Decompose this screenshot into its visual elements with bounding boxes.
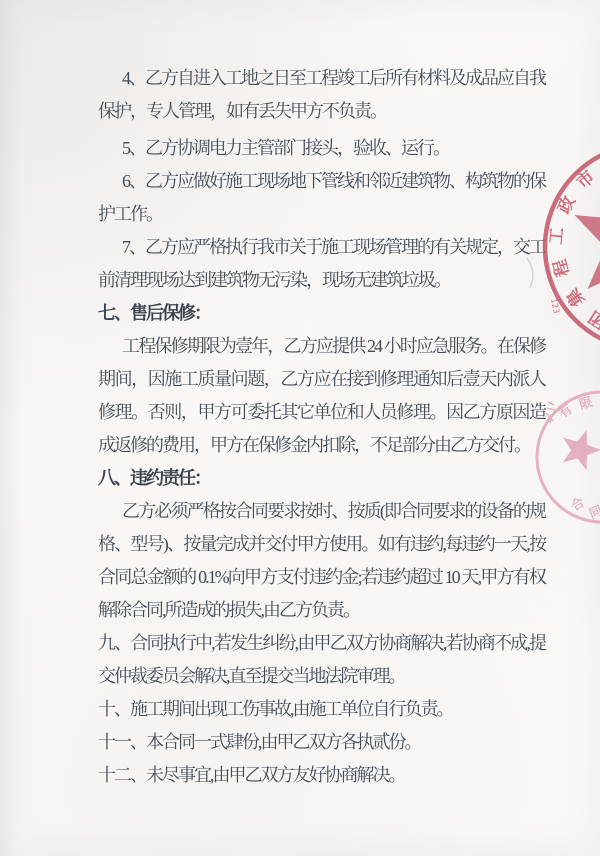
paragraph: 八、违约责任： xyxy=(98,462,545,495)
star-icon xyxy=(556,424,600,472)
seal-arc-text: 有 限 合 同 xyxy=(556,395,600,523)
svg-text:工: 工 xyxy=(546,227,568,246)
svg-text:市: 市 xyxy=(572,166,599,193)
paragraph: 乙方必须严格按合同要求按时、按质(即合同要求的设备的规格、型号)、按量完成并交付… xyxy=(98,495,545,627)
star-icon xyxy=(565,171,600,303)
company-seal-stamp: 市 政 工 程 集 团 123 xyxy=(545,144,600,350)
scanned-contract-page: 4、乙方自进入工地之日至工程竣工后所有材料及成品应自我保护，专人管理，如有丢失甲… xyxy=(0,0,600,856)
paragraph: 十二、未尽事宜,由甲乙双方友好协商解决。 xyxy=(98,759,545,792)
paragraph: 十、施工期间出现工伤事故,由施工单位自行负责。 xyxy=(98,693,545,726)
svg-text:集: 集 xyxy=(562,284,589,310)
svg-text:团: 团 xyxy=(585,306,600,332)
svg-text:程: 程 xyxy=(549,257,574,279)
contract-seal-stamp: 有 限 合 同 xyxy=(537,392,600,522)
paragraph: 十一、本合同一式肆份,由甲乙双方各执贰份。 xyxy=(98,726,545,759)
seal-ring xyxy=(545,144,600,350)
paragraph: 七、售后保修： xyxy=(98,297,545,330)
contract-body: 4、乙方自进入工地之日至工程竣工后所有材料及成品应自我保护，专人管理，如有丢失甲… xyxy=(98,62,545,792)
paragraph: 7、乙方应严格执行我市关于施工现场管理的有关规定，交工前清理现场达到建筑物无污染… xyxy=(98,231,545,297)
paragraph: 工程保修期限为壹年，乙方应提供 24 小时应急服务。在保修期间，因施工质量问题，… xyxy=(98,330,545,462)
seal-partial-char xyxy=(546,402,555,423)
seal-ring xyxy=(537,392,600,522)
svg-text:合: 合 xyxy=(568,494,588,514)
seal-code: 123 xyxy=(549,298,561,315)
seal-arc-text: 市 政 工 程 集 团 xyxy=(546,166,600,332)
paragraph: 6、乙方应做好施工现场地下管线和邻近建筑物、构筑物的保护工作。 xyxy=(98,165,545,231)
svg-text:同: 同 xyxy=(587,504,600,523)
svg-text:政: 政 xyxy=(553,192,579,217)
paragraph: 九、合同执行中,若发生纠纷,由甲乙双方协商解决,若协商不成,提交仲裁委员会解决,… xyxy=(98,627,545,693)
paragraph: 4、乙方自进入工地之日至工程竣工后所有材料及成品应自我保护，专人管理，如有丢失甲… xyxy=(98,62,545,128)
svg-text:限: 限 xyxy=(578,395,595,413)
svg-text:有: 有 xyxy=(556,401,576,422)
paragraph: 5、乙方协调电力主管部门接头，验收、运行。 xyxy=(98,132,545,165)
